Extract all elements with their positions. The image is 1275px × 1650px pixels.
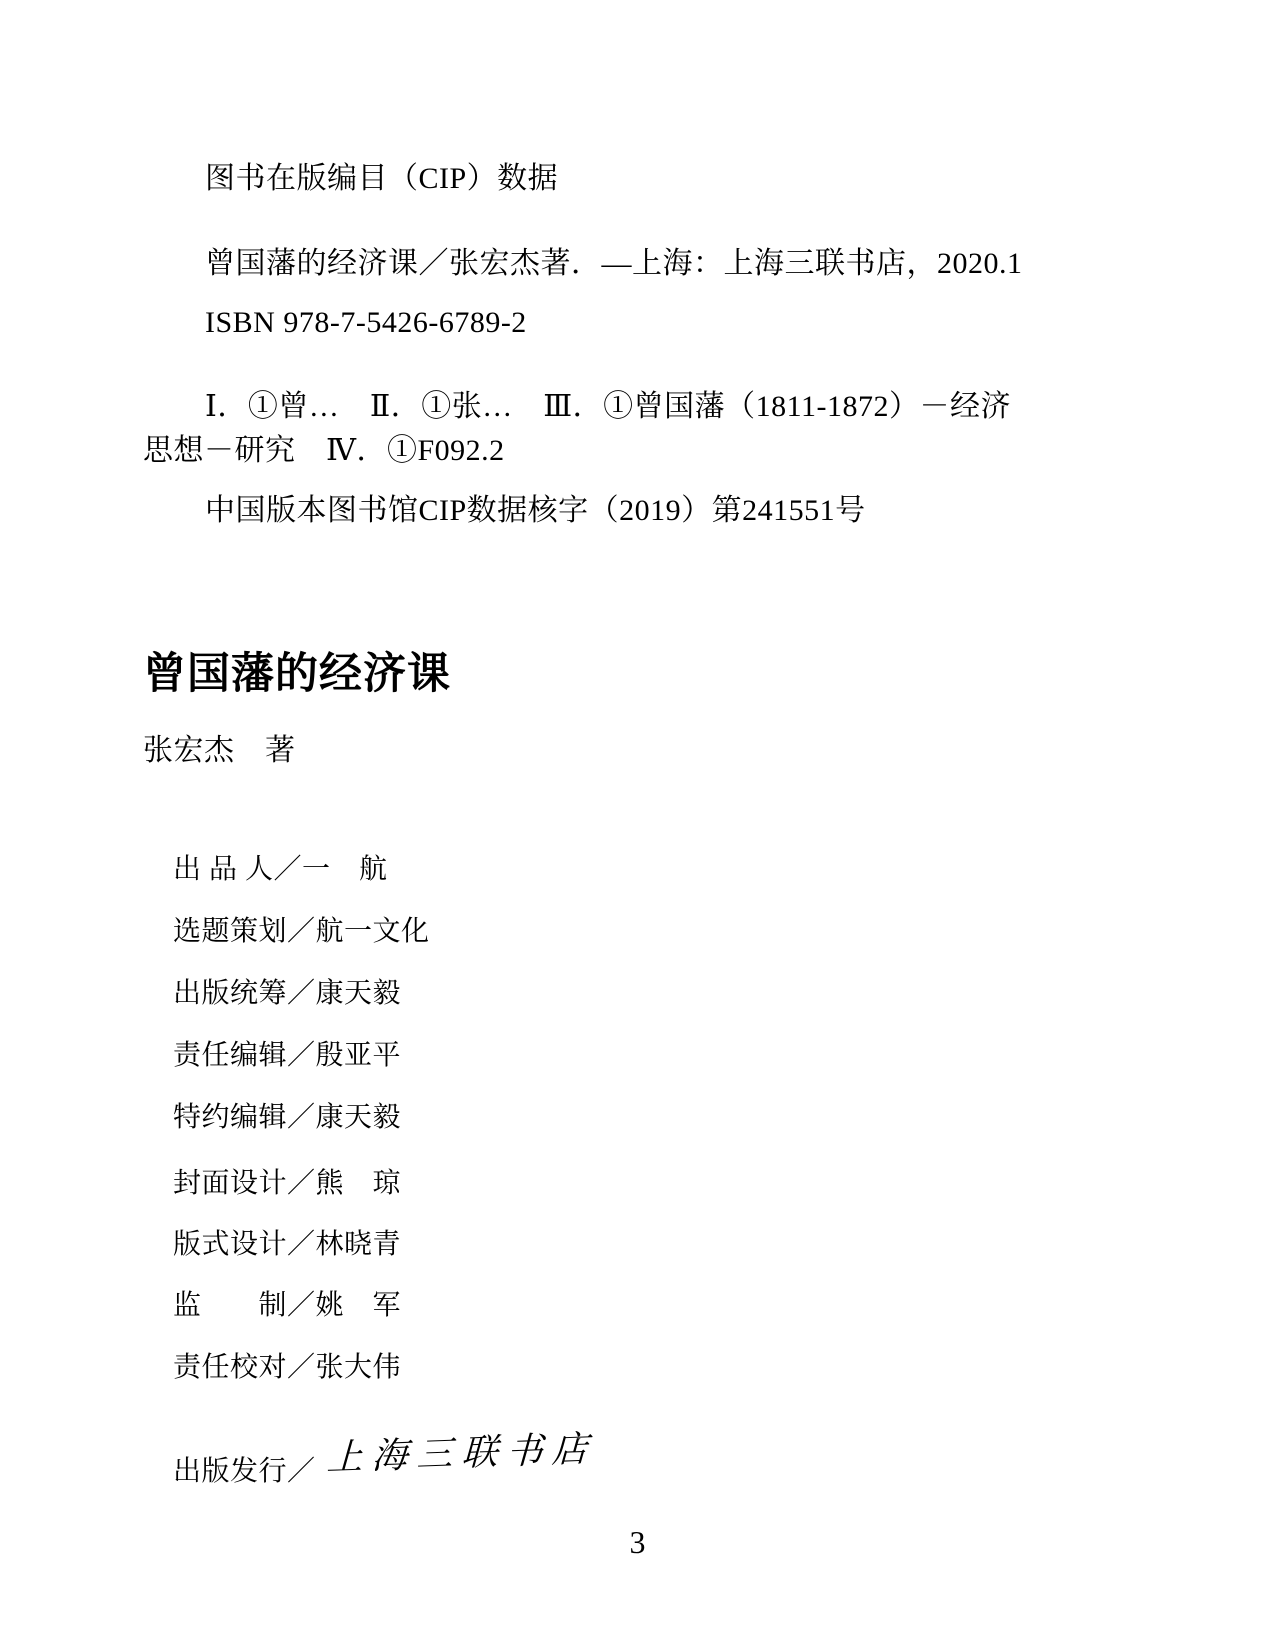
credit-label: 责任校对 <box>173 1352 287 1383</box>
credit-label: 封面设计 <box>173 1168 287 1199</box>
credit-value: 林晓青 <box>316 1229 402 1260</box>
credit-value: 康天毅 <box>316 978 402 1009</box>
isbn-number: ISBN 978-7-5426-6789-2 <box>205 306 527 341</box>
cip-header: 图书在版编目（CIP）数据 <box>205 162 558 197</box>
credit-label: 选题策划 <box>173 916 287 947</box>
credit-slash: ／ <box>287 1290 316 1321</box>
credit-value: 康天毅 <box>316 1102 402 1133</box>
credit-slash: ／ <box>287 916 316 947</box>
credit-slash: ／ <box>287 1352 316 1383</box>
credit-row-proofreader: 责任校对／张大伟 <box>143 1320 401 1417</box>
cip-classification-line1: Ⅰ．①曾… Ⅱ．①张… Ⅲ．①曾国藩（1811-1872）－经济 <box>205 390 1011 425</box>
credit-slash: ／ <box>287 1229 316 1260</box>
publisher-row: 出版发行／上海三联书店 <box>143 1416 596 1522</box>
author-name: 张宏杰 著 <box>143 734 296 769</box>
credit-value: 熊 琼 <box>316 1168 402 1199</box>
credit-label: 监 制 <box>173 1290 287 1321</box>
credit-label: 责任编辑 <box>173 1040 287 1071</box>
book-title: 曾国藩的经济课 <box>143 650 451 699</box>
credit-slash: ／ <box>287 1102 316 1133</box>
credit-label: 特约编辑 <box>173 1102 287 1133</box>
credit-slash: ／ <box>274 854 303 885</box>
cip-catalog-entry: 曾国藩的经济课／张宏杰著．—上海：上海三联书店，2020.1 <box>205 247 1023 282</box>
cip-classification-line2: 思想－研究 Ⅳ．①F092.2 <box>143 434 505 469</box>
credit-label: 出版统筹 <box>173 978 287 1009</box>
credit-value: 张大伟 <box>316 1352 402 1383</box>
publisher-label: 出版发行 <box>173 1456 287 1487</box>
credit-slash: ／ <box>287 978 316 1009</box>
credit-label: 出 品 人 <box>173 854 274 885</box>
publisher-logo-script: 上海三联书店 <box>326 1429 597 1480</box>
credit-value: 航一文化 <box>316 916 430 947</box>
copyright-page: 图书在版编目（CIP）数据 曾国藩的经济课／张宏杰著．—上海：上海三联书店，20… <box>0 0 1275 1650</box>
credit-value: 一 航 <box>302 854 388 885</box>
credit-slash: ／ <box>287 1168 316 1199</box>
cip-record-number: 中国版本图书馆CIP数据核字（2019）第241551号 <box>205 494 866 529</box>
page-number: 3 <box>0 1524 1275 1561</box>
credit-label: 版式设计 <box>173 1229 287 1260</box>
credit-slash: ／ <box>287 1456 316 1487</box>
credit-value: 姚 军 <box>316 1290 402 1321</box>
credit-slash: ／ <box>287 1040 316 1071</box>
credit-value: 殷亚平 <box>316 1040 402 1071</box>
